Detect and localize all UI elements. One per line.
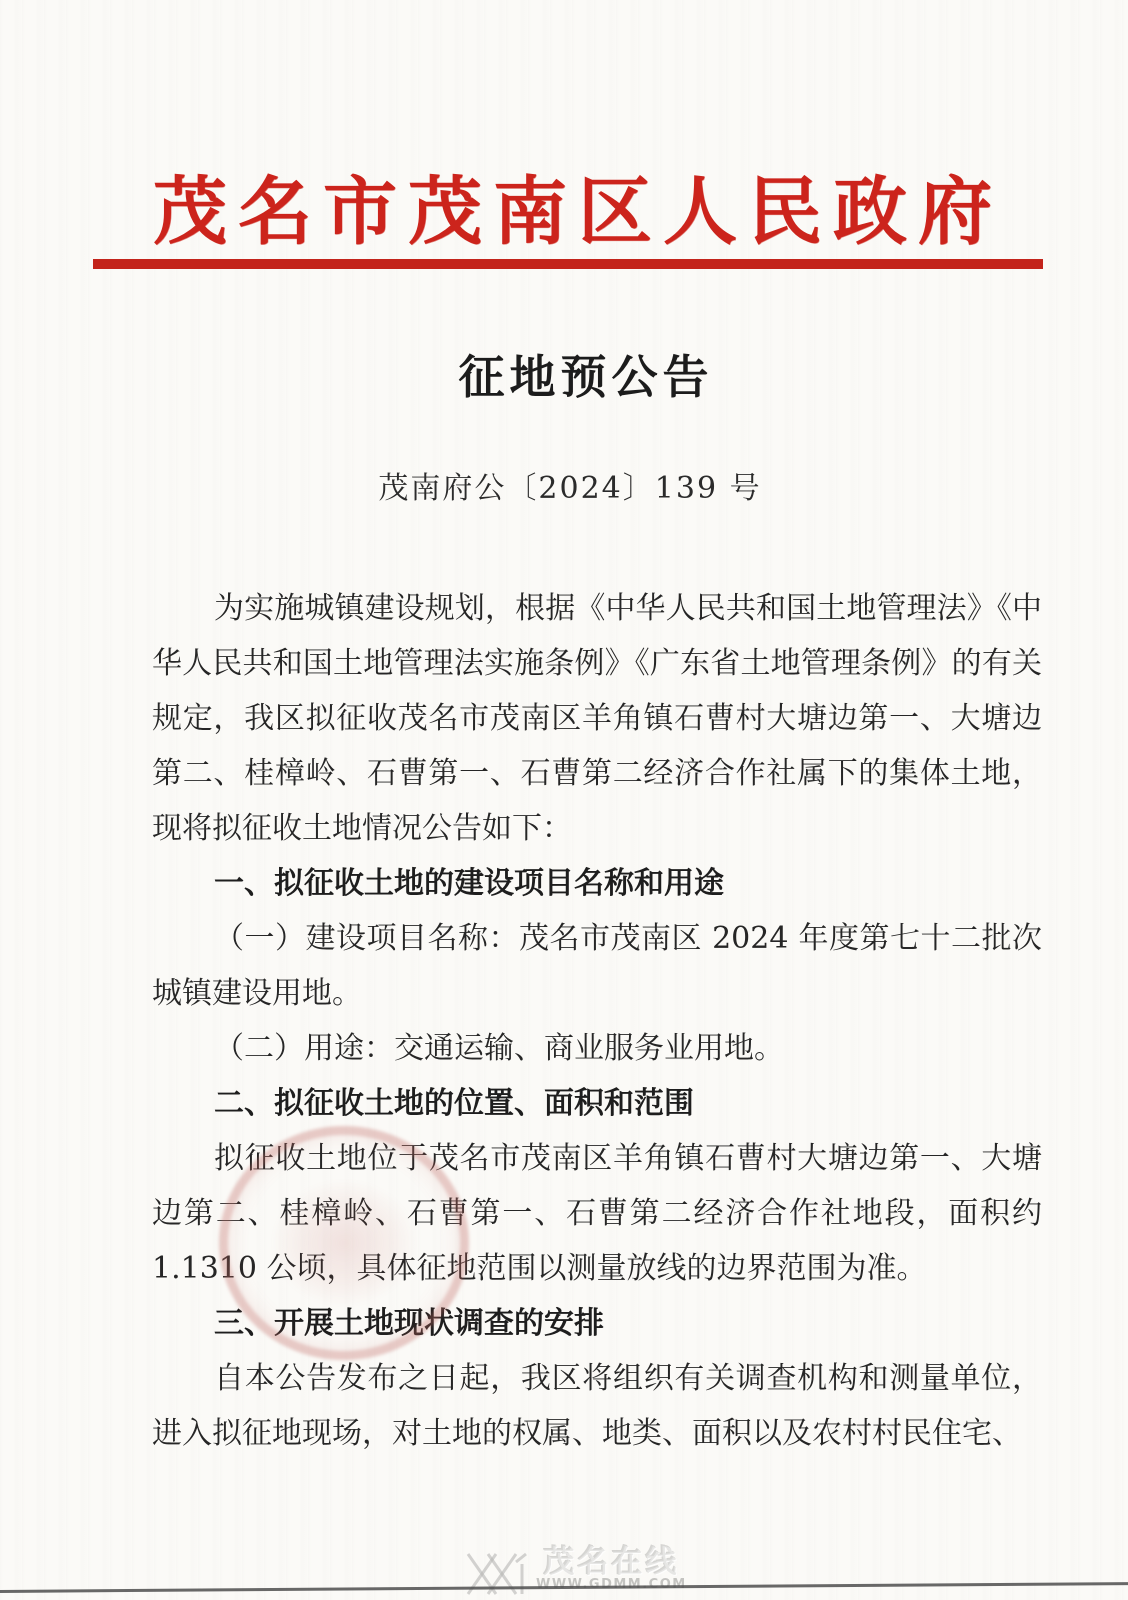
section-heading-project-name-and-use: 一、拟征收土地的建设项目名称和用途 (152, 856, 1042, 911)
letterhead-divider-rule (93, 259, 1043, 269)
paragraph-project-name: （一）建设项目名称：茂名市茂南区 2024 年度第七十二批次城镇建设用地。 (152, 911, 1042, 1021)
document-body: 为实施城镇建设规划，根据《中华人民共和国土地管理法》《中华人民共和国土地管理法实… (152, 581, 1042, 1461)
scanned-document-page: 茂名市茂南区人民政府 征地预公告 茂南府公〔2024〕139 号 为实施城镇建设… (0, 0, 1128, 1600)
document-number: 茂南府公〔2024〕139 号 (6, 470, 1128, 508)
section-heading-location-area-scope: 二、拟征收土地的位置、面积和范围 (152, 1076, 1042, 1131)
page-bottom-edge-line (0, 1582, 1128, 1592)
paragraph-location-area: 拟征收土地位于茂名市茂南区羊角镇石曹村大塘边第一、大塘边第二、桂樟岭、石曹第一、… (152, 1131, 1042, 1296)
paragraph-land-use: （二）用途：交通运输、商业服务业用地。 (152, 1021, 1042, 1076)
watermark-site-name: 茂名在线 (543, 1546, 679, 1578)
paragraph-intro: 为实施城镇建设规划，根据《中华人民共和国土地管理法》《中华人民共和国土地管理法实… (152, 581, 1042, 856)
paragraph-survey: 自本公告发布之日起，我区将组织有关调查机构和测量单位，进入拟征地现场，对土地的权… (152, 1351, 1042, 1461)
document-title: 征地预公告 (22, 351, 1128, 403)
letterhead-org-name: 茂名市茂南区人民政府 (14, 166, 1128, 258)
watermark-x-logo-icon (466, 1552, 528, 1596)
section-heading-survey-arrangement: 三、开展土地现状调查的安排 (152, 1296, 1042, 1351)
